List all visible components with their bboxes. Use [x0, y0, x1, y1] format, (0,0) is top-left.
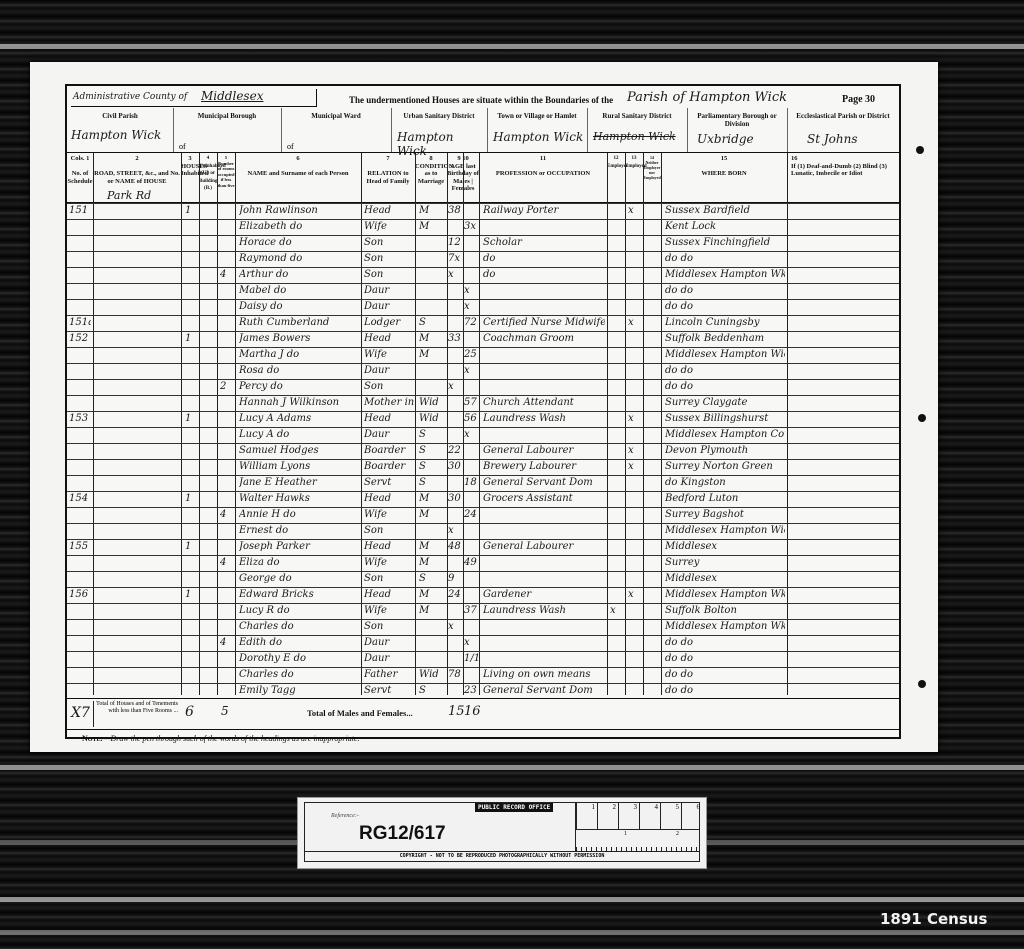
punch-hole: [918, 680, 926, 688]
division-ecclesiastical: Ecclesiastical Parish or District St Joh…: [787, 108, 899, 152]
copyright-notice: COPYRIGHT - NOT TO BE REPRODUCED PHOTOGR…: [305, 851, 699, 861]
situate-text: The undermentioned Houses are situate wi…: [349, 95, 613, 105]
rooms-count: 4: [220, 557, 232, 568]
division-town: Town or Village or Hamlet Hampton Wick: [487, 108, 588, 152]
person-name: Lucy A do: [239, 429, 359, 440]
age-female: 23: [464, 685, 479, 696]
marital-condition: M: [419, 349, 445, 360]
birthplace: do do: [665, 285, 785, 296]
division-prefix: of: [179, 142, 186, 151]
division-label: Ecclesiastical Parish or District: [787, 112, 899, 120]
birthplace: Middlesex Hampton Wick: [665, 525, 785, 536]
age-male: 33: [448, 333, 463, 344]
age-female: 24: [464, 509, 479, 520]
person-name: Ernest do: [239, 525, 359, 536]
relation: Daur: [364, 301, 414, 312]
person-name: Horace do: [239, 237, 359, 248]
ruler-segment: 5: [660, 803, 681, 829]
division-value: St Johns: [807, 132, 858, 146]
relation: Servt: [364, 477, 414, 488]
birthplace: Suffolk Beddenham: [665, 333, 785, 344]
birthplace: Surrey Bagshot: [665, 509, 785, 520]
occupation: Certified Nurse Midwife: [483, 317, 605, 328]
age-male: 48: [448, 541, 463, 552]
marital-condition: Wid: [419, 397, 445, 408]
age-female: 56: [464, 413, 479, 424]
birthplace: Middlesex Hampton Wick: [665, 349, 785, 360]
relation: Wife: [364, 509, 414, 520]
age-female: 49: [464, 557, 479, 568]
division-label: Civil Parish: [67, 112, 173, 120]
employed-mark: x: [628, 317, 642, 328]
person-name: Ruth Cumberland: [239, 317, 359, 328]
image-caption: 1891 Census: [880, 910, 987, 928]
houses-inhabited: 1: [185, 493, 197, 504]
totals-row: X7 Total of Houses and of Tenements with…: [67, 698, 899, 730]
employed-mark: x: [628, 413, 642, 424]
relation: Son: [364, 237, 414, 248]
birthplace: Bedford Luton: [665, 493, 785, 504]
relation: Boarder: [364, 461, 414, 472]
marital-condition: S: [419, 477, 445, 488]
film-band: [0, 897, 1024, 902]
relation: Daur: [364, 365, 414, 376]
person-name: William Lyons: [239, 461, 359, 472]
birthplace: Middlesex Hampton Wk: [665, 621, 785, 632]
schedule-number: 154: [69, 493, 91, 504]
column-headers: Cols. 1No. of Schedule 2ROAD, STREET, &c…: [67, 153, 899, 201]
relation: Head: [364, 541, 414, 552]
scale-ruler: 1 2 3 4 5 6 1 2: [575, 803, 699, 852]
relation: Head: [364, 589, 414, 600]
person-name: Arthur do: [239, 269, 359, 280]
employed-mark: x: [628, 461, 642, 472]
col-header-rooms: 5Number of rooms occupied if less than f…: [217, 155, 235, 188]
age-male: 12: [448, 237, 463, 248]
birthplace: Middlesex Hampton Wk: [665, 589, 785, 600]
table-row: Charles doSonxMiddlesex Hampton Wk: [67, 619, 899, 636]
person-name: Dorothy E do: [239, 653, 359, 664]
col-header-relation: 7RELATION to Head of Family: [361, 155, 415, 185]
age-female: x: [464, 285, 479, 296]
relation: Son: [364, 621, 414, 632]
birthplace: do do: [665, 301, 785, 312]
houses-inhabited: 1: [185, 589, 197, 600]
film-band: [0, 930, 1024, 935]
houses-inhabited: 1: [185, 205, 197, 216]
person-name: Jane E Heather: [239, 477, 359, 488]
table-row: 4Arthur doSonxdoMiddlesex Hampton Wk: [67, 267, 899, 284]
age-female: 3x: [464, 221, 479, 232]
person-name: Hannah J Wilkinson: [239, 397, 359, 408]
birthplace: Sussex Billingshurst: [665, 413, 785, 424]
relation: Servt: [364, 685, 414, 696]
division-urban-sanitary: Urban Sanitary District Hampton Wick: [391, 108, 488, 152]
relation: Lodger: [364, 317, 414, 328]
person-name: Mabel do: [239, 285, 359, 296]
occupation: Laundress Wash: [483, 605, 605, 616]
schedule-number: 156: [69, 589, 91, 600]
rooms-count: 4: [220, 637, 232, 648]
occupation: do: [483, 269, 605, 280]
person-name: Rosa do: [239, 365, 359, 376]
age-male: 24: [448, 589, 463, 600]
relation: Head: [364, 333, 414, 344]
marital-condition: S: [419, 317, 445, 328]
age-female: 57: [464, 397, 479, 408]
person-name: Walter Hawks: [239, 493, 359, 504]
birthplace: Surrey: [665, 557, 785, 568]
person-name: James Bowers: [239, 333, 359, 344]
employed-mark: x: [628, 445, 642, 456]
film-band: [0, 44, 1024, 49]
houses-inhabited: 1: [185, 413, 197, 424]
birthplace: Middlesex: [665, 541, 785, 552]
age-male: x: [448, 621, 463, 632]
table-row: Lucy R doWifeM37Laundress WashxSuffolk B…: [67, 603, 899, 620]
marital-condition: M: [419, 589, 445, 600]
table-row: 1531Lucy A AdamsHeadWid56Laundress Washx…: [67, 411, 899, 428]
age-male: x: [448, 381, 463, 392]
division-value: Hampton Wick: [71, 128, 161, 142]
age-male: 38: [448, 205, 463, 216]
film-band: [0, 765, 1024, 770]
birthplace: Devon Plymouth: [665, 445, 785, 456]
age-female: x: [464, 301, 479, 312]
divisions-row: Civil Parish Hampton Wick Municipal Boro…: [67, 108, 899, 152]
ruler-segment: 4: [639, 803, 660, 829]
schedule-number: 151: [69, 205, 91, 216]
table-row: Raymond doSon7xdodo do: [67, 251, 899, 268]
totals-males: 15: [448, 704, 465, 719]
table-row: Mabel doDaurxdo do: [67, 283, 899, 300]
person-name: Charles do: [239, 621, 359, 632]
table-row: Martha J doWifeM25Middlesex Hampton Wick: [67, 347, 899, 364]
col-header-neither: 14Neither Employer nor Employed: [643, 155, 661, 180]
age-female: 18: [464, 477, 479, 488]
office-name: PUBLIC RECORD OFFICE: [475, 803, 553, 812]
relation: Son: [364, 269, 414, 280]
division-label: Municipal Borough: [173, 112, 281, 120]
division-rural-sanitary: Rural Sanitary District Hampton Wick: [587, 108, 688, 152]
col-header-employed: 13Employed: [625, 155, 643, 170]
relation: Mother in law: [364, 397, 414, 408]
relation: Wife: [364, 557, 414, 568]
schedule-number: 153: [69, 413, 91, 424]
relation: Son: [364, 253, 414, 264]
totals-females: 16: [464, 704, 481, 719]
archive-reference-label: PUBLIC RECORD OFFICE Reference:- RG12/61…: [297, 797, 707, 869]
table-row: Elizabeth doWifeM3xKent Lock: [67, 219, 899, 236]
division-value: Uxbridge: [697, 132, 754, 146]
totals-houses-inhabited: 6: [185, 704, 194, 720]
occupation: do: [483, 253, 605, 264]
age-female: 72: [464, 317, 479, 328]
person-name: Eliza do: [239, 557, 359, 568]
birthplace: Middlesex Hampton Wk: [665, 269, 785, 280]
relation: Son: [364, 573, 414, 584]
division-civil-parish: Civil Parish Hampton Wick: [67, 108, 174, 152]
admin-county-box: Administrative County of Middlesex: [71, 89, 317, 107]
occupation: Grocers Assistant: [483, 493, 605, 504]
relation: Wife: [364, 605, 414, 616]
census-page: Administrative County of Middlesex The u…: [30, 62, 938, 752]
table-row: 1511John RawlinsonHeadM38Railway Porterx…: [67, 203, 899, 220]
age-female: 25: [464, 349, 479, 360]
birthplace: do do: [665, 685, 785, 696]
table-row: 4Annie H doWifeM24Surrey Bagshot: [67, 507, 899, 524]
relation: Son: [364, 525, 414, 536]
situate-value: Parish of Hampton Wick: [627, 90, 787, 105]
marital-condition: M: [419, 221, 445, 232]
punch-hole: [918, 414, 926, 422]
col-header-age: 9 10AGE last Birthday of Males | Females: [447, 155, 479, 193]
schedule-number: 151a: [69, 317, 91, 328]
col-header-schedule: Cols. 1No. of Schedule: [67, 155, 93, 185]
person-name: Samuel Hodges: [239, 445, 359, 456]
col-header-inhabited: 3HOUSES Inhabited: [181, 155, 199, 178]
col-header-infirmity: 16If (1) Deaf-and-Dumb (2) Blind (3) Lun…: [787, 155, 899, 178]
totals-houses-label: Total of Houses and of Tenements with le…: [93, 701, 181, 727]
rooms-count: 4: [220, 509, 232, 520]
age-male: 30: [448, 493, 463, 504]
division-prefix: of: [287, 142, 294, 151]
table-row: 1561Edward BricksHeadM24GardenerxMiddles…: [67, 587, 899, 604]
table-row: 4Edith doDaurxdo do: [67, 635, 899, 652]
marital-condition: S: [419, 685, 445, 696]
division-label: Rural Sanitary District: [587, 112, 687, 120]
col-header-employer: 12Employer: [607, 155, 625, 170]
marital-condition: S: [419, 461, 445, 472]
age-female: x: [464, 637, 479, 648]
rooms-count: 4: [220, 269, 232, 280]
occupation: General Labourer: [483, 445, 605, 456]
birthplace: Middlesex: [665, 573, 785, 584]
relation: Father: [364, 669, 414, 680]
relation: Daur: [364, 637, 414, 648]
employed-mark: x: [628, 589, 642, 600]
age-female: 1/12: [464, 653, 479, 664]
person-name: Elizabeth do: [239, 221, 359, 232]
person-name: Lucy R do: [239, 605, 359, 616]
division-value: Hampton Wick: [593, 130, 676, 143]
table-row: 1521James BowersHeadM33Coachman GroomSuf…: [67, 331, 899, 348]
relation: Daur: [364, 653, 414, 664]
division-municipal-ward: Municipal Ward of: [281, 108, 392, 152]
table-row: William LyonsBoarderS30Brewery Labourerx…: [67, 459, 899, 476]
relation: Wife: [364, 349, 414, 360]
person-name: Joseph Parker: [239, 541, 359, 552]
person-name: George do: [239, 573, 359, 584]
col-header-condition: 8CONDITION as to Marriage: [415, 155, 447, 185]
marital-condition: M: [419, 557, 445, 568]
table-row: Charles doFatherWid78Living on own means…: [67, 667, 899, 684]
houses-inhabited: 1: [185, 333, 197, 344]
col-header-road: 2ROAD, STREET, &c., and No. or NAME of H…: [93, 155, 181, 185]
ruler-segment: 1: [576, 803, 597, 829]
employed-mark: x: [628, 205, 642, 216]
age-male: x: [448, 525, 463, 536]
occupation: Railway Porter: [483, 205, 605, 216]
birthplace: do do: [665, 653, 785, 664]
table-row: 4Eliza doWifeM49Surrey: [67, 555, 899, 572]
occupation: Coachman Groom: [483, 333, 605, 344]
table-row: Horace doSon12ScholarSussex Finchingfiel…: [67, 235, 899, 252]
relation: Daur: [364, 429, 414, 440]
division-label: Parliamentary Borough or Division: [687, 112, 787, 128]
division-label: Urban Sanitary District: [391, 112, 487, 120]
ruler-ticks: 1 2: [576, 829, 699, 852]
form-note: Note.—Draw the pen through such of the w…: [82, 734, 359, 743]
age-male: 7x: [448, 253, 463, 264]
relation: Head: [364, 413, 414, 424]
col-header-uninhabited: 4Uninhabited (U.) or Building (B.): [199, 155, 217, 193]
person-name: Annie H do: [239, 509, 359, 520]
marital-condition: Wid: [419, 413, 445, 424]
occupation: Brewery Labourer: [483, 461, 605, 472]
ruler-segment: 3: [618, 803, 639, 829]
punch-hole: [916, 146, 924, 154]
ruler-segment: 2: [597, 803, 618, 829]
birthplace: Surrey Claygate: [665, 397, 785, 408]
birthplace: Surrey Norton Green: [665, 461, 785, 472]
person-name: Edward Bricks: [239, 589, 359, 600]
person-name: Charles do: [239, 669, 359, 680]
age-female: x: [464, 429, 479, 440]
birthplace: do do: [665, 669, 785, 680]
marital-condition: S: [419, 445, 445, 456]
age-male: 78: [448, 669, 463, 680]
age-male: 30: [448, 461, 463, 472]
birthplace: Middlesex Hampton Court: [665, 429, 785, 440]
rooms-count: 2: [220, 381, 232, 392]
table-row: Ernest doSonxMiddlesex Hampton Wick: [67, 523, 899, 540]
division-municipal-borough: Municipal Borough of: [173, 108, 282, 152]
employer-mark: x: [610, 605, 624, 616]
houses-inhabited: 1: [185, 541, 197, 552]
marital-condition: M: [419, 205, 445, 216]
birthplace: do do: [665, 381, 785, 392]
division-label: Municipal Ward: [281, 112, 391, 120]
table-row: 1551Joseph ParkerHeadM48General Labourer…: [67, 539, 899, 556]
marital-condition: S: [419, 573, 445, 584]
relation: Boarder: [364, 445, 414, 456]
division-value: Hampton Wick: [493, 130, 583, 144]
birthplace: Suffolk Bolton: [665, 605, 785, 616]
birthplace: do Kingston: [665, 477, 785, 488]
table-row: Rosa doDaurxdo do: [67, 363, 899, 380]
person-name: Emily Tagg: [239, 685, 359, 696]
occupation: Laundress Wash: [483, 413, 605, 424]
relation: Head: [364, 205, 414, 216]
division-parliamentary: Parliamentary Borough or Division Uxbrid…: [687, 108, 788, 152]
table-row: George doSonS9Middlesex: [67, 571, 899, 588]
road-value: Park Rd: [107, 189, 151, 202]
marital-condition: M: [419, 333, 445, 344]
table-row: Samuel HodgesBoarderS22General Labourerx…: [67, 443, 899, 460]
person-name: Edith do: [239, 637, 359, 648]
col-header-occupation: 11PROFESSION or OCCUPATION: [479, 155, 607, 178]
occupation: General Labourer: [483, 541, 605, 552]
totals-rooms: 5: [221, 704, 229, 718]
totals-schedule-mark: X7: [71, 705, 90, 721]
table-row: Jane E HeatherServtS18General Servant Do…: [67, 475, 899, 492]
relation: Wife: [364, 221, 414, 232]
marital-condition: M: [419, 541, 445, 552]
marital-condition: M: [419, 493, 445, 504]
person-name: Lucy A Adams: [239, 413, 359, 424]
relation: Head: [364, 493, 414, 504]
birthplace: Lincoln Cuningsby: [665, 317, 785, 328]
person-name: Percy do: [239, 381, 359, 392]
age-male: 9: [448, 573, 463, 584]
occupation: Living on own means: [483, 669, 605, 680]
page-number: Page 30: [842, 94, 875, 105]
occupation: Scholar: [483, 237, 605, 248]
relation: Son: [364, 381, 414, 392]
occupation: Church Attendant: [483, 397, 605, 408]
occupation: General Servant Dom: [483, 477, 605, 488]
age-male: 22: [448, 445, 463, 456]
person-name: Daisy do: [239, 301, 359, 312]
marital-condition: M: [419, 509, 445, 520]
age-male: x: [448, 269, 463, 280]
occupation: Gardener: [483, 589, 605, 600]
table-row: Dorothy E doDaur1/12do do: [67, 651, 899, 668]
person-name: Raymond do: [239, 253, 359, 264]
birthplace: Kent Lock: [665, 221, 785, 232]
birthplace: do do: [665, 365, 785, 376]
admin-county-value: Middlesex: [201, 89, 263, 103]
age-female: 37: [464, 605, 479, 616]
census-rows: 1511John RawlinsonHeadM38Railway Porterx…: [67, 203, 899, 699]
table-row: 2Percy doSonxdo do: [67, 379, 899, 396]
table-row: Daisy doDaurxdo do: [67, 299, 899, 316]
table-row: Lucy A doDaurSxMiddlesex Hampton Court: [67, 427, 899, 444]
census-form: Administrative County of Middlesex The u…: [65, 84, 901, 739]
label-frame: PUBLIC RECORD OFFICE Reference:- RG12/61…: [304, 802, 700, 862]
ruler-mark: 1: [624, 831, 627, 837]
occupation: General Servant Dom: [483, 685, 605, 696]
ruler-segment: 6: [681, 803, 702, 829]
reference-number: RG12/617: [359, 823, 446, 845]
birthplace: do do: [665, 253, 785, 264]
table-row: 151aRuth CumberlandLodgerS72Certified Nu…: [67, 315, 899, 332]
ruler-mark: 2: [676, 831, 679, 837]
table-row: 1541Walter HawksHeadM30Grocers Assistant…: [67, 491, 899, 508]
totals-persons-label: Total of Males and Females...: [307, 708, 413, 718]
relation: Daur: [364, 285, 414, 296]
schedule-number: 152: [69, 333, 91, 344]
birthplace: Sussex Bardfield: [665, 205, 785, 216]
age-female: x: [464, 365, 479, 376]
marital-condition: M: [419, 605, 445, 616]
division-label: Town or Village or Hamlet: [487, 112, 587, 120]
person-name: Martha J do: [239, 349, 359, 360]
marital-condition: Wid: [419, 669, 445, 680]
schedule-number: 155: [69, 541, 91, 552]
col-header-where-born: 15WHERE BORN: [661, 155, 787, 178]
table-row: Hannah J WilkinsonMother in lawWid57Chur…: [67, 395, 899, 412]
col-header-name: 6NAME and Surname of each Person: [235, 155, 361, 178]
marital-condition: S: [419, 429, 445, 440]
birthplace: do do: [665, 637, 785, 648]
admin-county-label: Administrative County of: [73, 92, 187, 102]
person-name: John Rawlinson: [239, 205, 359, 216]
reference-label: Reference:-: [331, 813, 359, 819]
birthplace: Sussex Finchingfield: [665, 237, 785, 248]
